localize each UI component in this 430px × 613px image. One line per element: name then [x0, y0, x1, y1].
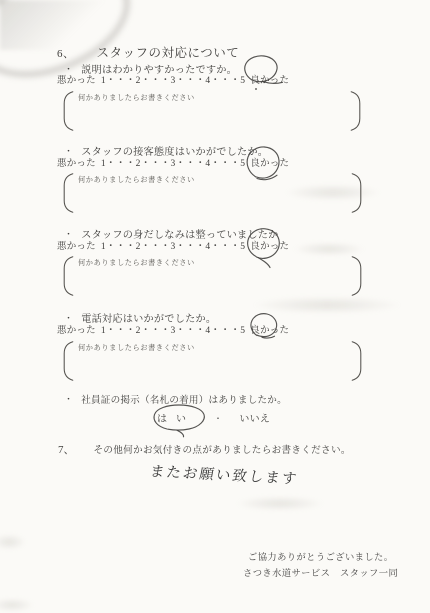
footer-signature: さつき水道サービス スタッフ一同: [243, 565, 398, 579]
scale-label-bad: 悪かった: [57, 159, 96, 169]
handwritten-answer: またお願い致します: [148, 460, 300, 489]
scale-label-bad: 悪かった: [57, 242, 96, 252]
no-option: いいえ: [239, 414, 270, 425]
comment-box-1: 何かありましたらお書きください: [0, 91, 430, 131]
comment-box-4: 何かありましたらお書きください: [0, 341, 430, 381]
comment-paren-right: [351, 173, 363, 214]
comment-paren-left: [62, 91, 74, 132]
comment-placeholder: 何かありましたらお書きください: [78, 258, 195, 268]
handwritten-circle-annotation: [247, 311, 281, 341]
section6-header: 6、スタッフの対応について: [57, 43, 239, 61]
handwritten-circle-annotation: [241, 54, 285, 86]
comment-paren-right: [350, 91, 362, 132]
comment-paren-left: [62, 173, 74, 214]
scale-numbers: 1・・・2・・・3・・・4・・・5: [101, 159, 246, 169]
comment-paren-right: [351, 341, 363, 382]
pen-dot: [255, 88, 257, 90]
footer-thanks: ご協力ありがとうございました。: [248, 549, 393, 563]
comment-paren-left: [62, 256, 74, 297]
option-separator: ・: [214, 414, 222, 423]
scan-smudge: [0, 534, 26, 550]
handwritten-circle-annotation: [150, 403, 210, 437]
comment-box-2: 何かありましたらお書きください: [0, 173, 430, 213]
scan-smudge: [293, 242, 365, 256]
scan-smudge: [0, 598, 34, 612]
comment-box-3: 何かありましたらお書きください: [0, 256, 430, 296]
comment-paren-right: [351, 256, 363, 297]
comment-placeholder: 何かありましたらお書きください: [78, 175, 195, 185]
scan-smudge: [236, 496, 324, 511]
section6-number: 6、: [57, 48, 75, 60]
scale-label-bad: 悪かった: [57, 326, 96, 336]
scale-numbers: 1・・・2・・・3・・・4・・・5: [101, 242, 246, 252]
section7-number: 7、: [58, 444, 75, 456]
scale-numbers: 1・・・2・・・3・・・4・・・5: [101, 76, 246, 86]
scale-label-bad: 悪かった: [57, 76, 96, 86]
comment-paren-left: [62, 341, 74, 382]
bullet-icon: ・: [64, 394, 73, 404]
survey-page: 6、スタッフの対応について ・説明はわかりやすかったですか。 悪かった1・・・2…: [0, 0, 430, 613]
scale-numbers: 1・・・2・・・3・・・4・・・5: [101, 326, 246, 336]
section7-header: 7、その他何かお気付きの点がありましたらお書きください。: [58, 441, 351, 457]
comment-placeholder: 何かありましたらお書きください: [78, 93, 195, 103]
section7-title: その他何かお気付きの点がありましたらお書きください。: [94, 445, 351, 456]
comment-placeholder: 何かありましたらお書きください: [78, 343, 195, 353]
section6-title: スタッフの対応について: [97, 46, 240, 60]
